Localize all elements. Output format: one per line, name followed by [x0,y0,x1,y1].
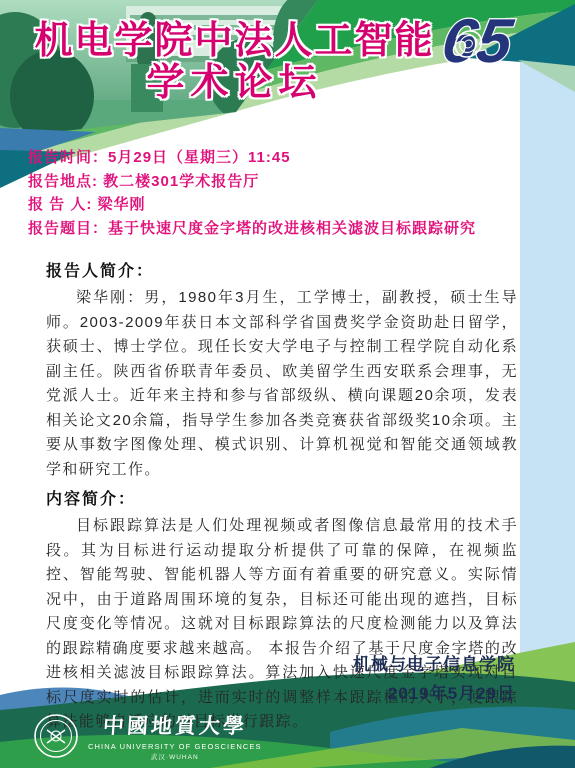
title-line2: 学术论坛 [22,62,447,104]
talk-location-row: 报告地点: 教二楼301学术报告厅 [28,170,476,194]
bio-heading: 报告人简介： [46,260,518,284]
title-line1: 机电学院中法人工智能 [22,20,447,62]
talk-info: 报告时间：5月29日（星期三）11:45 报告地点: 教二楼301学术报告厅 报… [28,146,476,240]
talk-topic-label: 报告题目： [28,220,108,237]
talk-speaker-row: 报 告 人: 梁华刚 [28,193,476,217]
seminar-poster: 65 机电学院中法人工智能 学术论坛 报告时间：5月29日（星期三）11:45 … [0,0,575,768]
bio-paragraph: 梁华刚：男，1980年3月生，工学博士，副教授，硕士生导师。2003-2009年… [46,286,518,482]
talk-speaker-value: 梁华刚 [98,196,146,213]
signature-date: 2019年5月29日 [353,679,515,708]
university-name-en: CHINA UNIVERSITY OF GEOSCIENCES [88,742,262,751]
content-heading: 内容简介： [46,488,518,512]
talk-location-value: 教二楼301学术报告厅 [103,173,259,190]
talk-topic-value: 基于快速尺度金字塔的改进核相关滤波目标跟踪研究 [108,220,476,237]
page-title: 机电学院中法人工智能 学术论坛 [22,20,447,104]
university-name-cn: 中國地質大學 [102,710,248,740]
university-logo: 中國地質大學 CHINA UNIVERSITY OF GEOSCIENCES 武… [33,710,262,761]
talk-topic-row: 报告题目：基于快速尺度金字塔的改进核相关滤波目标跟踪研究 [28,217,476,241]
talk-time-label: 报告时间： [28,149,108,166]
talk-time-value: 5月29日（星期三）11:45 [108,149,291,166]
university-seal-icon [33,713,79,759]
talk-time-row: 报告时间：5月29日（星期三）11:45 [28,146,476,170]
university-campus: 武汉·WUHAN [151,752,199,761]
signature-block: 机械与电子信息学院 2019年5月29日 [353,650,515,708]
talk-speaker-label: 报 告 人: [28,196,98,213]
anniversary-65-text: 65 [438,7,518,76]
signature-organization: 机械与电子信息学院 [353,650,515,679]
anniversary-65-logo: 65 [438,7,518,76]
talk-location-label: 报告地点: [28,173,103,190]
